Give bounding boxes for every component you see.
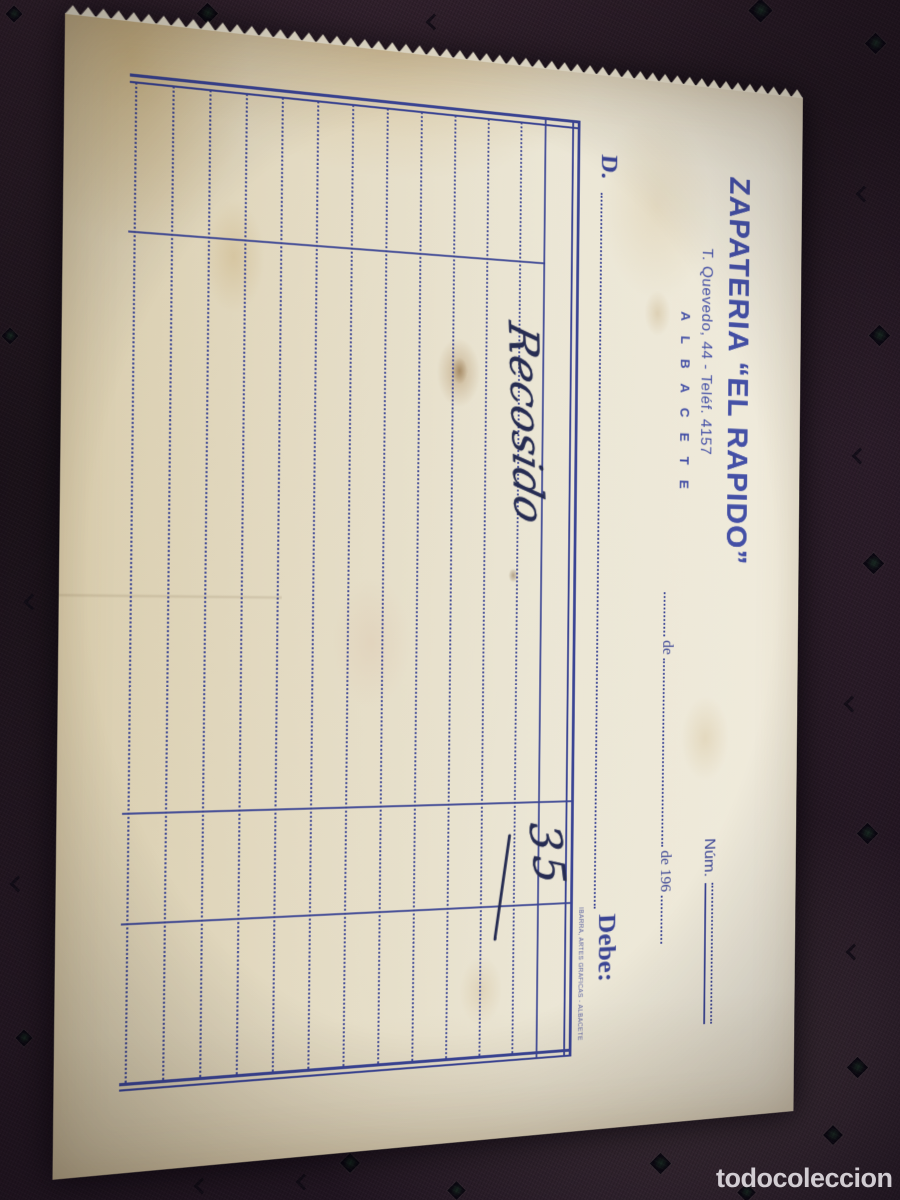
date-year-blank — [660, 895, 675, 944]
diamond-icon — [340, 1153, 360, 1173]
aging-stain — [331, 576, 411, 709]
aging-stain — [452, 357, 468, 384]
diamond-icon — [2, 328, 19, 345]
chevron-icon — [194, 1178, 211, 1195]
chevron-icon — [10, 876, 27, 893]
crease-line — [59, 593, 282, 600]
diamond-icon — [6, 6, 23, 23]
date-month-blank — [661, 659, 678, 847]
chevron-icon — [856, 186, 873, 203]
aging-stain — [680, 695, 729, 781]
column-divider-3 — [121, 902, 573, 926]
table-left-border-outer — [130, 73, 581, 123]
diamond-icon — [650, 1153, 671, 1174]
table-left-border-inner — [130, 81, 581, 130]
diamond-icon — [847, 1057, 868, 1078]
column-divider-2 — [122, 800, 574, 815]
chevron-icon — [846, 944, 863, 961]
owes-label: Debe: — [591, 913, 620, 983]
date-line: de de 196 — [656, 592, 679, 944]
shop-address: T. Quevedo, 44 - Teléf. 4157 — [697, 248, 715, 456]
invoice-paper: ZAPATERIA “EL RAPIDO” T. Quevedo, 44 - T… — [52, 13, 802, 1180]
shop-title: ZAPATERIA “EL RAPIDO” — [720, 176, 756, 566]
handwritten-flourish-stroke — [493, 834, 511, 941]
diamond-icon — [865, 33, 886, 54]
aging-stain — [644, 289, 671, 337]
invoice-number-field: Núm. — [699, 838, 718, 1024]
handwritten-amount: 35 — [519, 822, 576, 887]
shop-city: A L B A C E T E — [677, 311, 693, 495]
diamond-icon — [16, 1030, 33, 1047]
chevron-icon — [24, 594, 41, 611]
chevron-icon — [852, 448, 869, 465]
chevron-icon — [844, 696, 861, 713]
num-label: Núm. — [701, 838, 718, 877]
customer-prefix: D. — [595, 153, 622, 180]
date-word-de: de — [660, 640, 675, 655]
printer-credit: IBARRA, ARTES GRAFICAS - ALBACETE — [576, 907, 584, 1073]
aging-stain — [436, 336, 481, 408]
aging-stain — [202, 196, 265, 315]
diamond-icon — [863, 553, 884, 574]
diamond-icon — [748, 0, 772, 23]
diamond-icon — [197, 3, 218, 24]
watermark: todocoleccion — [716, 1163, 893, 1194]
customer-name-blank — [594, 193, 617, 909]
column-divider-1 — [128, 230, 545, 264]
table-right-border-inner — [119, 1049, 571, 1087]
handwritten-item: Recosido — [498, 317, 552, 528]
date-day-blank — [663, 592, 678, 636]
date-word-de196: de 196 — [657, 850, 672, 892]
num-blank-line — [703, 882, 713, 1023]
chevron-icon — [296, 1174, 313, 1191]
table-head-rule — [536, 117, 547, 1059]
table-right-border-outer — [119, 1054, 571, 1091]
diamond-icon — [823, 1125, 843, 1145]
chevron-icon — [426, 14, 443, 31]
diamond-icon — [857, 823, 878, 844]
diamond-icon — [447, 1181, 465, 1199]
photo-stage: ZAPATERIA “EL RAPIDO” T. Quevedo, 44 - T… — [0, 0, 900, 1200]
diamond-icon — [869, 325, 890, 346]
